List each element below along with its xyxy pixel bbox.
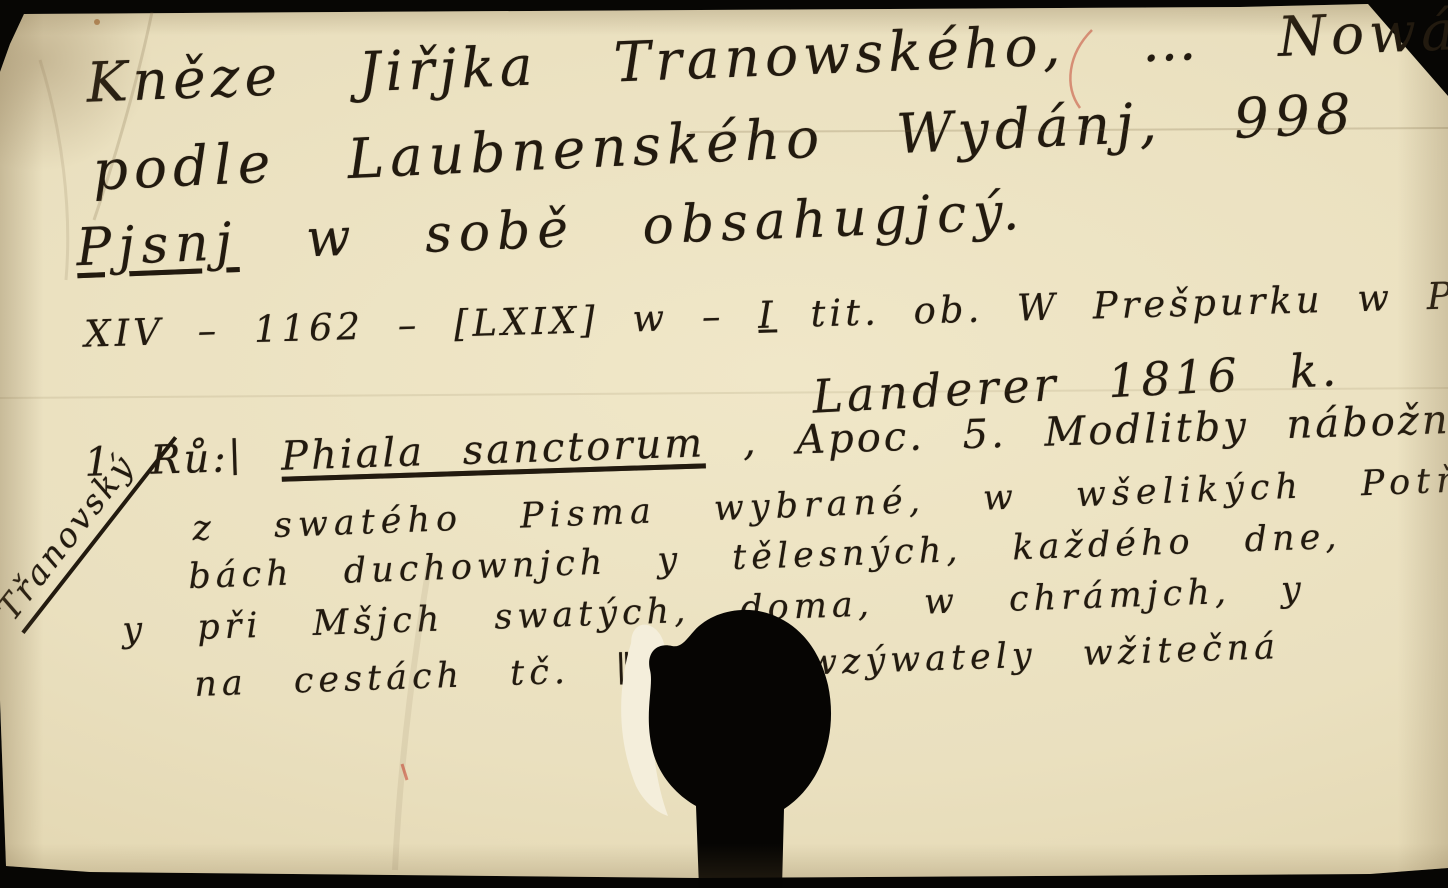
scanned-card-photo: Kněze Jiřjka Tranowského, … Nowá, podle …: [0, 0, 1448, 888]
line4-underlined: I: [758, 293, 778, 337]
line3-underlined-word: Pjsnj: [75, 212, 240, 278]
